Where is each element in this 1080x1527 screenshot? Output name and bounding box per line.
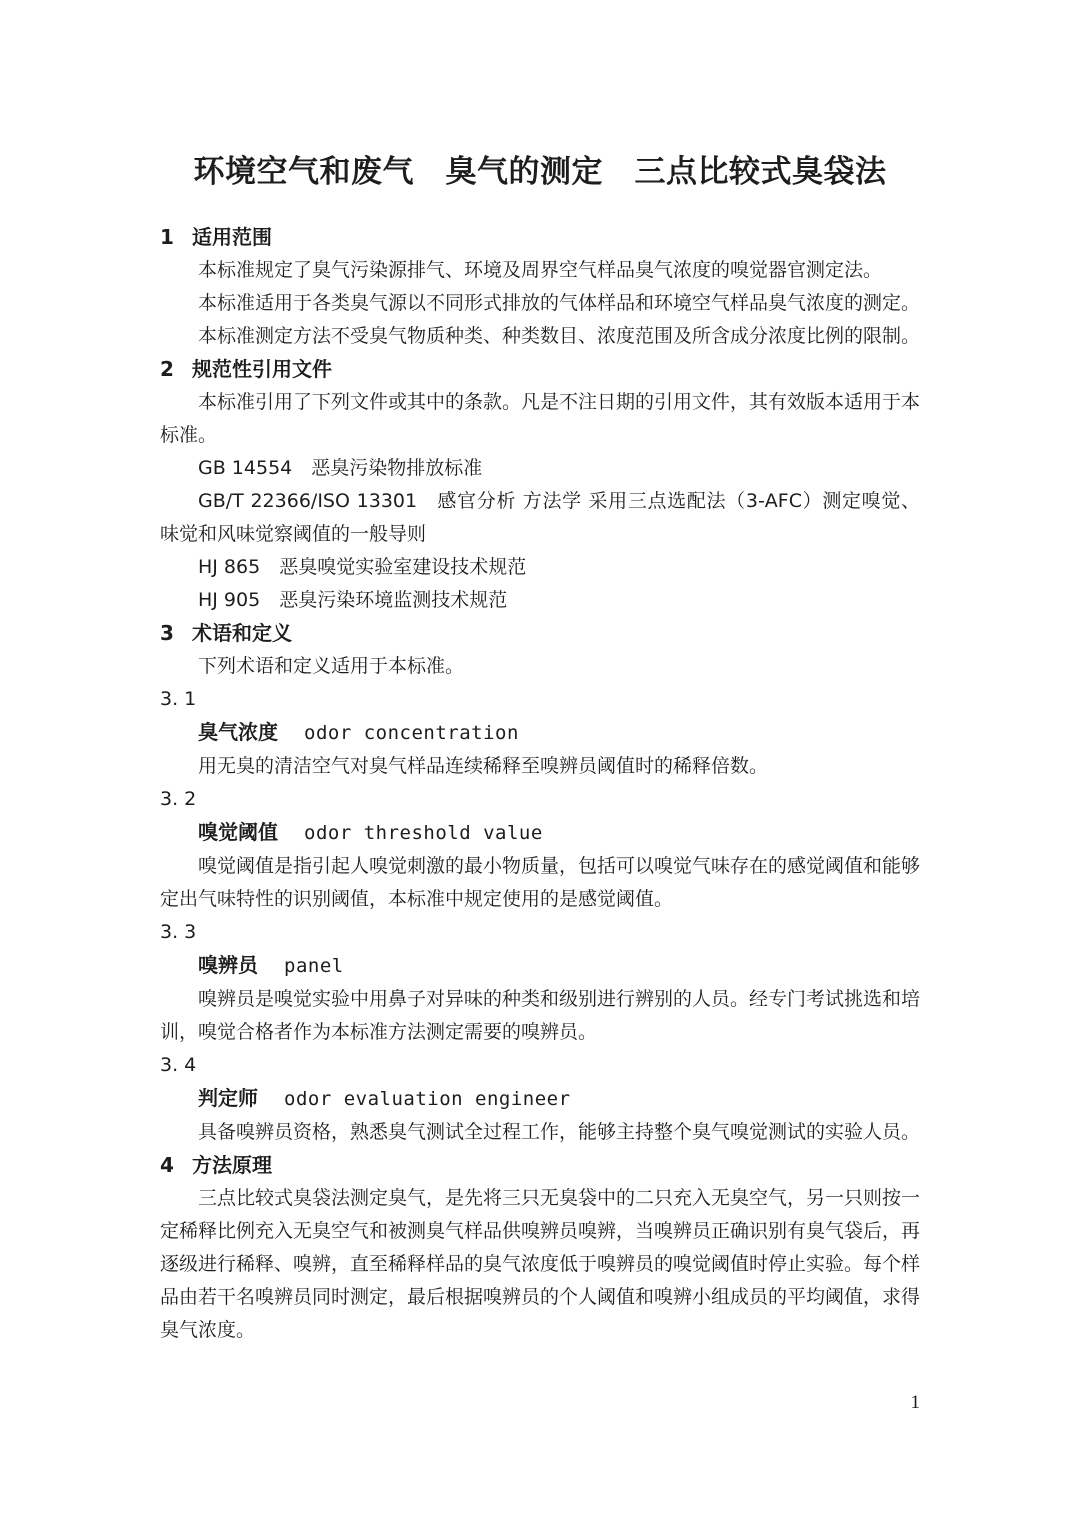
term-2-title: 嗅觉阈值odor threshold value — [160, 816, 920, 850]
document-body: 1适用范围 本标准规定了臭气污染源排气、环境及周界空气样品臭气浓度的嗅觉器官测定… — [160, 221, 920, 1347]
term-3-number: 3. 3 — [160, 916, 920, 949]
term-3-chinese: 嗅辨员 — [198, 953, 258, 977]
term-2-number: 3. 2 — [160, 783, 920, 816]
section-3-intro: 下列术语和定义适用于本标准。 — [160, 650, 920, 683]
term-1-definition: 用无臭的清洁空气对臭气样品连续稀释至嗅辨员阈值时的稀释倍数。 — [160, 750, 920, 783]
document-title: 环境空气和废气 臭气的测定 三点比较式臭袋法 — [120, 150, 960, 194]
term-1-english: odor concentration — [304, 722, 519, 744]
section-2-number: 2 — [160, 353, 174, 386]
term-2-english: odor threshold value — [304, 822, 543, 844]
section-1-paragraph-2: 本标准适用于各类臭气源以不同形式排放的气体样品和环境空气样品臭气浓度的测定。 — [160, 287, 920, 320]
term-4-english: odor evaluation engineer — [284, 1088, 571, 1110]
term-4-number: 3. 4 — [160, 1049, 920, 1082]
section-1-paragraph-1: 本标准规定了臭气污染源排气、环境及周界空气样品臭气浓度的嗅觉器官测定法。 — [160, 254, 920, 287]
term-4-definition: 具备嗅辨员资格，熟悉臭气测试全过程工作，能够主持整个臭气嗅觉测试的实验人员。 — [160, 1116, 920, 1149]
section-2-paragraph-1: 本标准引用了下列文件或其中的条款。凡是不注日期的引用文件，其有效版本适用于本标准… — [160, 386, 920, 452]
term-1-chinese: 臭气浓度 — [198, 720, 278, 744]
section-1-title: 适用范围 — [192, 225, 272, 249]
section-4-number: 4 — [160, 1149, 174, 1182]
term-3-definition: 嗅辨员是嗅觉实验中用鼻子对异味的种类和级别进行辨别的人员。经专门考试挑选和培训，… — [160, 983, 920, 1049]
term-2-definition: 嗅觉阈值是指引起人嗅觉刺激的最小物质量，包括可以嗅觉气味存在的感觉阈值和能够定出… — [160, 850, 920, 916]
term-3-title: 嗅辨员panel — [160, 949, 920, 983]
document-page: 环境空气和废气 臭气的测定 三点比较式臭袋法 1适用范围 本标准规定了臭气污染源… — [0, 0, 1080, 1527]
section-3-title: 术语和定义 — [192, 621, 292, 645]
term-4-chinese: 判定师 — [198, 1086, 258, 1110]
section-4-paragraph-1: 三点比较式臭袋法测定臭气，是先将三只无臭袋中的二只充入无臭空气，另一只则按一定稀… — [160, 1182, 920, 1347]
section-1-paragraph-3: 本标准测定方法不受臭气物质种类、种类数目、浓度范围及所含成分浓度比例的限制。 — [160, 320, 920, 353]
reference-item: GB/T 22366/ISO 13301 感官分析 方法学 采用三点选配法（3-… — [160, 485, 920, 551]
section-4-title: 方法原理 — [192, 1153, 272, 1177]
section-4-heading: 4方法原理 — [160, 1149, 920, 1182]
page-number: 1 — [911, 1392, 921, 1414]
section-3-number: 3 — [160, 617, 174, 650]
section-2-heading: 2规范性引用文件 — [160, 353, 920, 386]
term-3-english: panel — [284, 955, 344, 977]
term-2-chinese: 嗅觉阈值 — [198, 820, 278, 844]
term-4-title: 判定师odor evaluation engineer — [160, 1082, 920, 1116]
term-1-title: 臭气浓度odor concentration — [160, 716, 920, 750]
reference-item: GB 14554 恶臭污染物排放标准 — [160, 452, 920, 485]
reference-item: HJ 865 恶臭嗅觉实验室建设技术规范 — [160, 551, 920, 584]
section-3-heading: 3术语和定义 — [160, 617, 920, 650]
section-2-title: 规范性引用文件 — [192, 357, 332, 381]
section-1-number: 1 — [160, 221, 174, 254]
section-1-heading: 1适用范围 — [160, 221, 920, 254]
term-1-number: 3. 1 — [160, 683, 920, 716]
reference-item: HJ 905 恶臭污染环境监测技术规范 — [160, 584, 920, 617]
